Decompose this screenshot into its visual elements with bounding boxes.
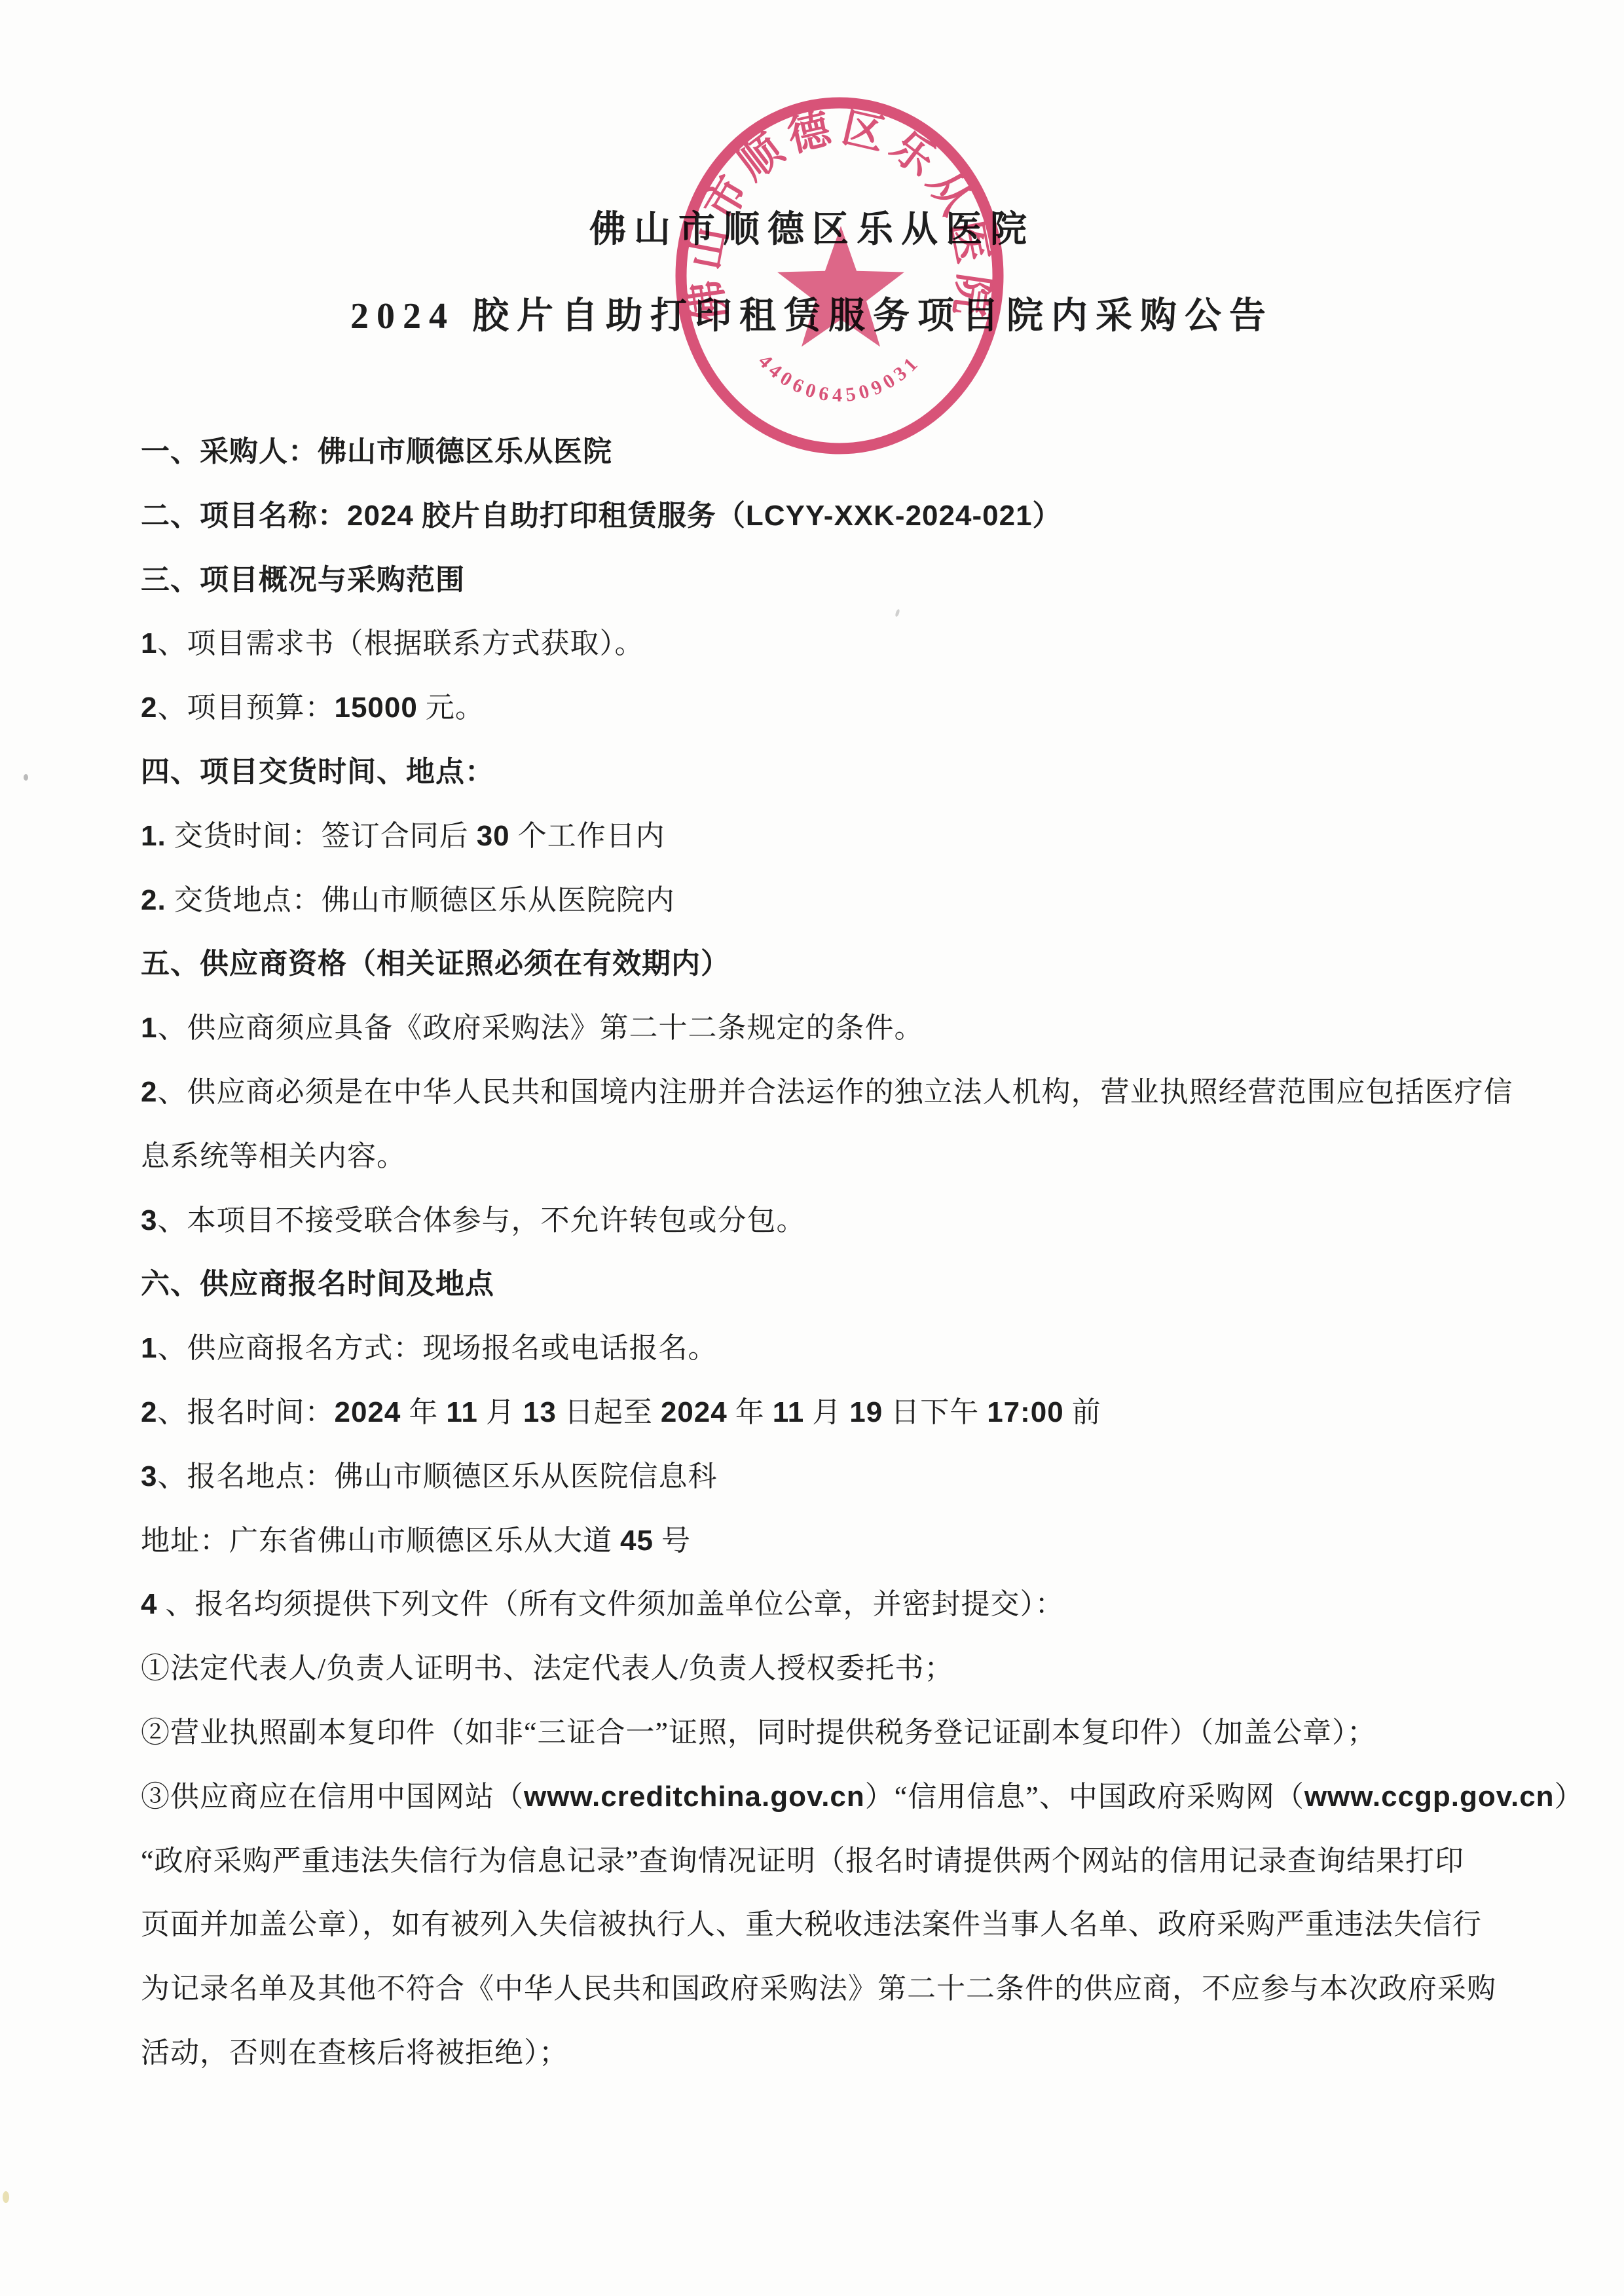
latin-text: 2024	[347, 500, 414, 532]
doc-body: 一、采购人：佛山市顺德区乐从医院二、项目名称：2024 胶片自助打印租赁服务（L…	[141, 420, 1568, 2085]
latin-text: 17:00	[987, 1396, 1064, 1428]
latin-text: 4	[141, 1588, 157, 1620]
latin-text: 30	[477, 820, 510, 852]
doc-line: 1、供应商报名方式：现场报名或电话报名。	[141, 1316, 1568, 1380]
latin-text: LCYY-XXK-2024-021	[746, 500, 1033, 532]
doc-line: 4 、报名均须提供下列文件（所有文件须加盖单位公章，并密封提交）：	[141, 1572, 1568, 1637]
doc-line: 地址：广东省佛山市顺德区乐从大道 45 号	[141, 1509, 1568, 1573]
latin-text: 1	[141, 1332, 157, 1364]
latin-text: 2	[141, 692, 157, 724]
latin-text: 19	[849, 1396, 883, 1428]
latin-text: 2.	[141, 884, 166, 916]
doc-line: 3、报名地点：佛山市顺德区乐从医院信息科	[141, 1445, 1568, 1509]
doc-line: 1、项目需求书（根据联系方式获取）。	[141, 612, 1568, 676]
latin-text: 13	[523, 1396, 557, 1428]
doc-line: 页面并加盖公章），如有被列入失信被执行人、重大税收违法案件当事人名单、政府采购严…	[141, 1893, 1568, 1957]
latin-text: 1	[141, 1012, 157, 1044]
latin-text: 15000	[334, 692, 417, 724]
latin-text: 3	[141, 1460, 157, 1492]
doc-line: 活动，否则在查核后将被拒绝）；	[141, 2021, 1568, 2085]
doc-line: 六、供应商报名时间及地点	[141, 1252, 1568, 1316]
doc-line: 三、项目概况与采购范围	[141, 548, 1568, 612]
official-seal-stamp: 佛山市顺德区乐从医院 4406064509031	[669, 96, 1010, 455]
latin-text: 11	[773, 1396, 805, 1428]
doc-line: 1、供应商须应具备《政府采购法》第二十二条规定的条件。	[141, 996, 1568, 1060]
latin-text: 3	[141, 1204, 157, 1236]
doc-line: 2、项目预算：15000 元。	[141, 676, 1568, 740]
svg-text:4406064509031: 4406064509031	[754, 350, 925, 406]
latin-text: 1	[141, 627, 157, 659]
scanned-document-page: 佛山市顺德区乐从医院 2024 胶片自助打印租赁服务项目院内采购公告 一、采购人…	[0, 0, 1624, 2296]
doc-line: 2、报名时间：2024 年 11 月 13 日起至 2024 年 11 月 19…	[141, 1380, 1568, 1445]
doc-line: 四、项目交货时间、地点：	[141, 740, 1568, 804]
star-icon	[777, 226, 904, 347]
latin-text: 2	[141, 1396, 157, 1428]
latin-text: 45	[620, 1525, 654, 1557]
doc-line: 五、供应商资格（相关证照必须在有效期内）	[141, 932, 1568, 996]
latin-text: www.creditchina.gov.cn	[524, 1781, 865, 1813]
scan-speck	[3, 2191, 9, 2203]
doc-line: 2、供应商必须是在中华人民共和国境内注册并合法运作的独立法人机构，营业执照经营范…	[141, 1060, 1568, 1124]
doc-line: 为记录名单及其他不符合《中华人民共和国政府采购法》第二十二条件的供应商，不应参与…	[141, 1957, 1568, 2021]
scan-speck	[24, 774, 28, 781]
latin-text: 2	[141, 1076, 157, 1108]
latin-text: 2024	[334, 1396, 401, 1428]
doc-line: ②营业执照副本复印件（如非“三证合一”证照，同时提供税务登记证副本复印件）（加盖…	[141, 1701, 1568, 1765]
doc-line: 息系统等相关内容。	[141, 1124, 1568, 1189]
doc-line: 3、本项目不接受联合体参与，不允许转包或分包。	[141, 1189, 1568, 1253]
latin-text: 2024	[661, 1396, 728, 1428]
doc-line: 二、项目名称：2024 胶片自助打印租赁服务（LCYY-XXK-2024-021…	[141, 484, 1568, 548]
latin-text: www.ccgp.gov.cn	[1304, 1781, 1555, 1813]
doc-line: 2. 交货地点：佛山市顺德区乐从医院院内	[141, 868, 1568, 933]
doc-line: ①法定代表人/负责人证明书、法定代表人/负责人授权委托书；	[141, 1637, 1568, 1701]
doc-line: 1. 交货时间：签订合同后 30 个工作日内	[141, 804, 1568, 868]
latin-text: 1.	[141, 820, 166, 852]
latin-text: 11	[446, 1396, 478, 1428]
doc-line: ③供应商应在信用中国网站（www.creditchina.gov.cn）“信用信…	[141, 1765, 1568, 1829]
stamp-code-text: 4406064509031	[754, 350, 925, 406]
doc-line: “政府采购严重违法失信行为信息记录”查询情况证明（报名时请提供两个网站的信用记录…	[141, 1829, 1568, 1893]
